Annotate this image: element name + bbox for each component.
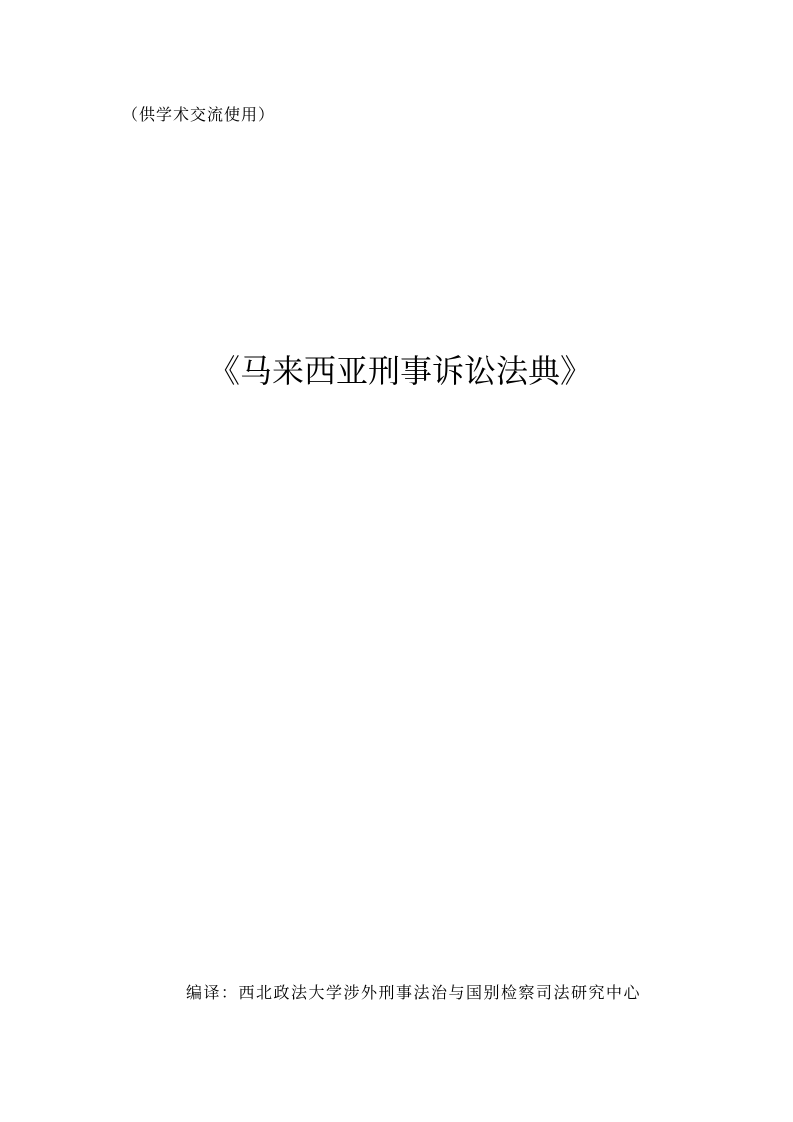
compiler-line: 编译：西北政法大学涉外刑事法治与国别检察司法研究中心: [186, 982, 641, 1004]
document-title: 《马来西亚刑事诉讼法典》: [208, 350, 592, 392]
compiler-name: 西北政法大学涉外刑事法治与国别检察司法研究中心: [239, 983, 642, 1002]
compiler-label: 编译：: [186, 983, 239, 1002]
usage-note: （供学术交流使用）: [122, 104, 275, 126]
